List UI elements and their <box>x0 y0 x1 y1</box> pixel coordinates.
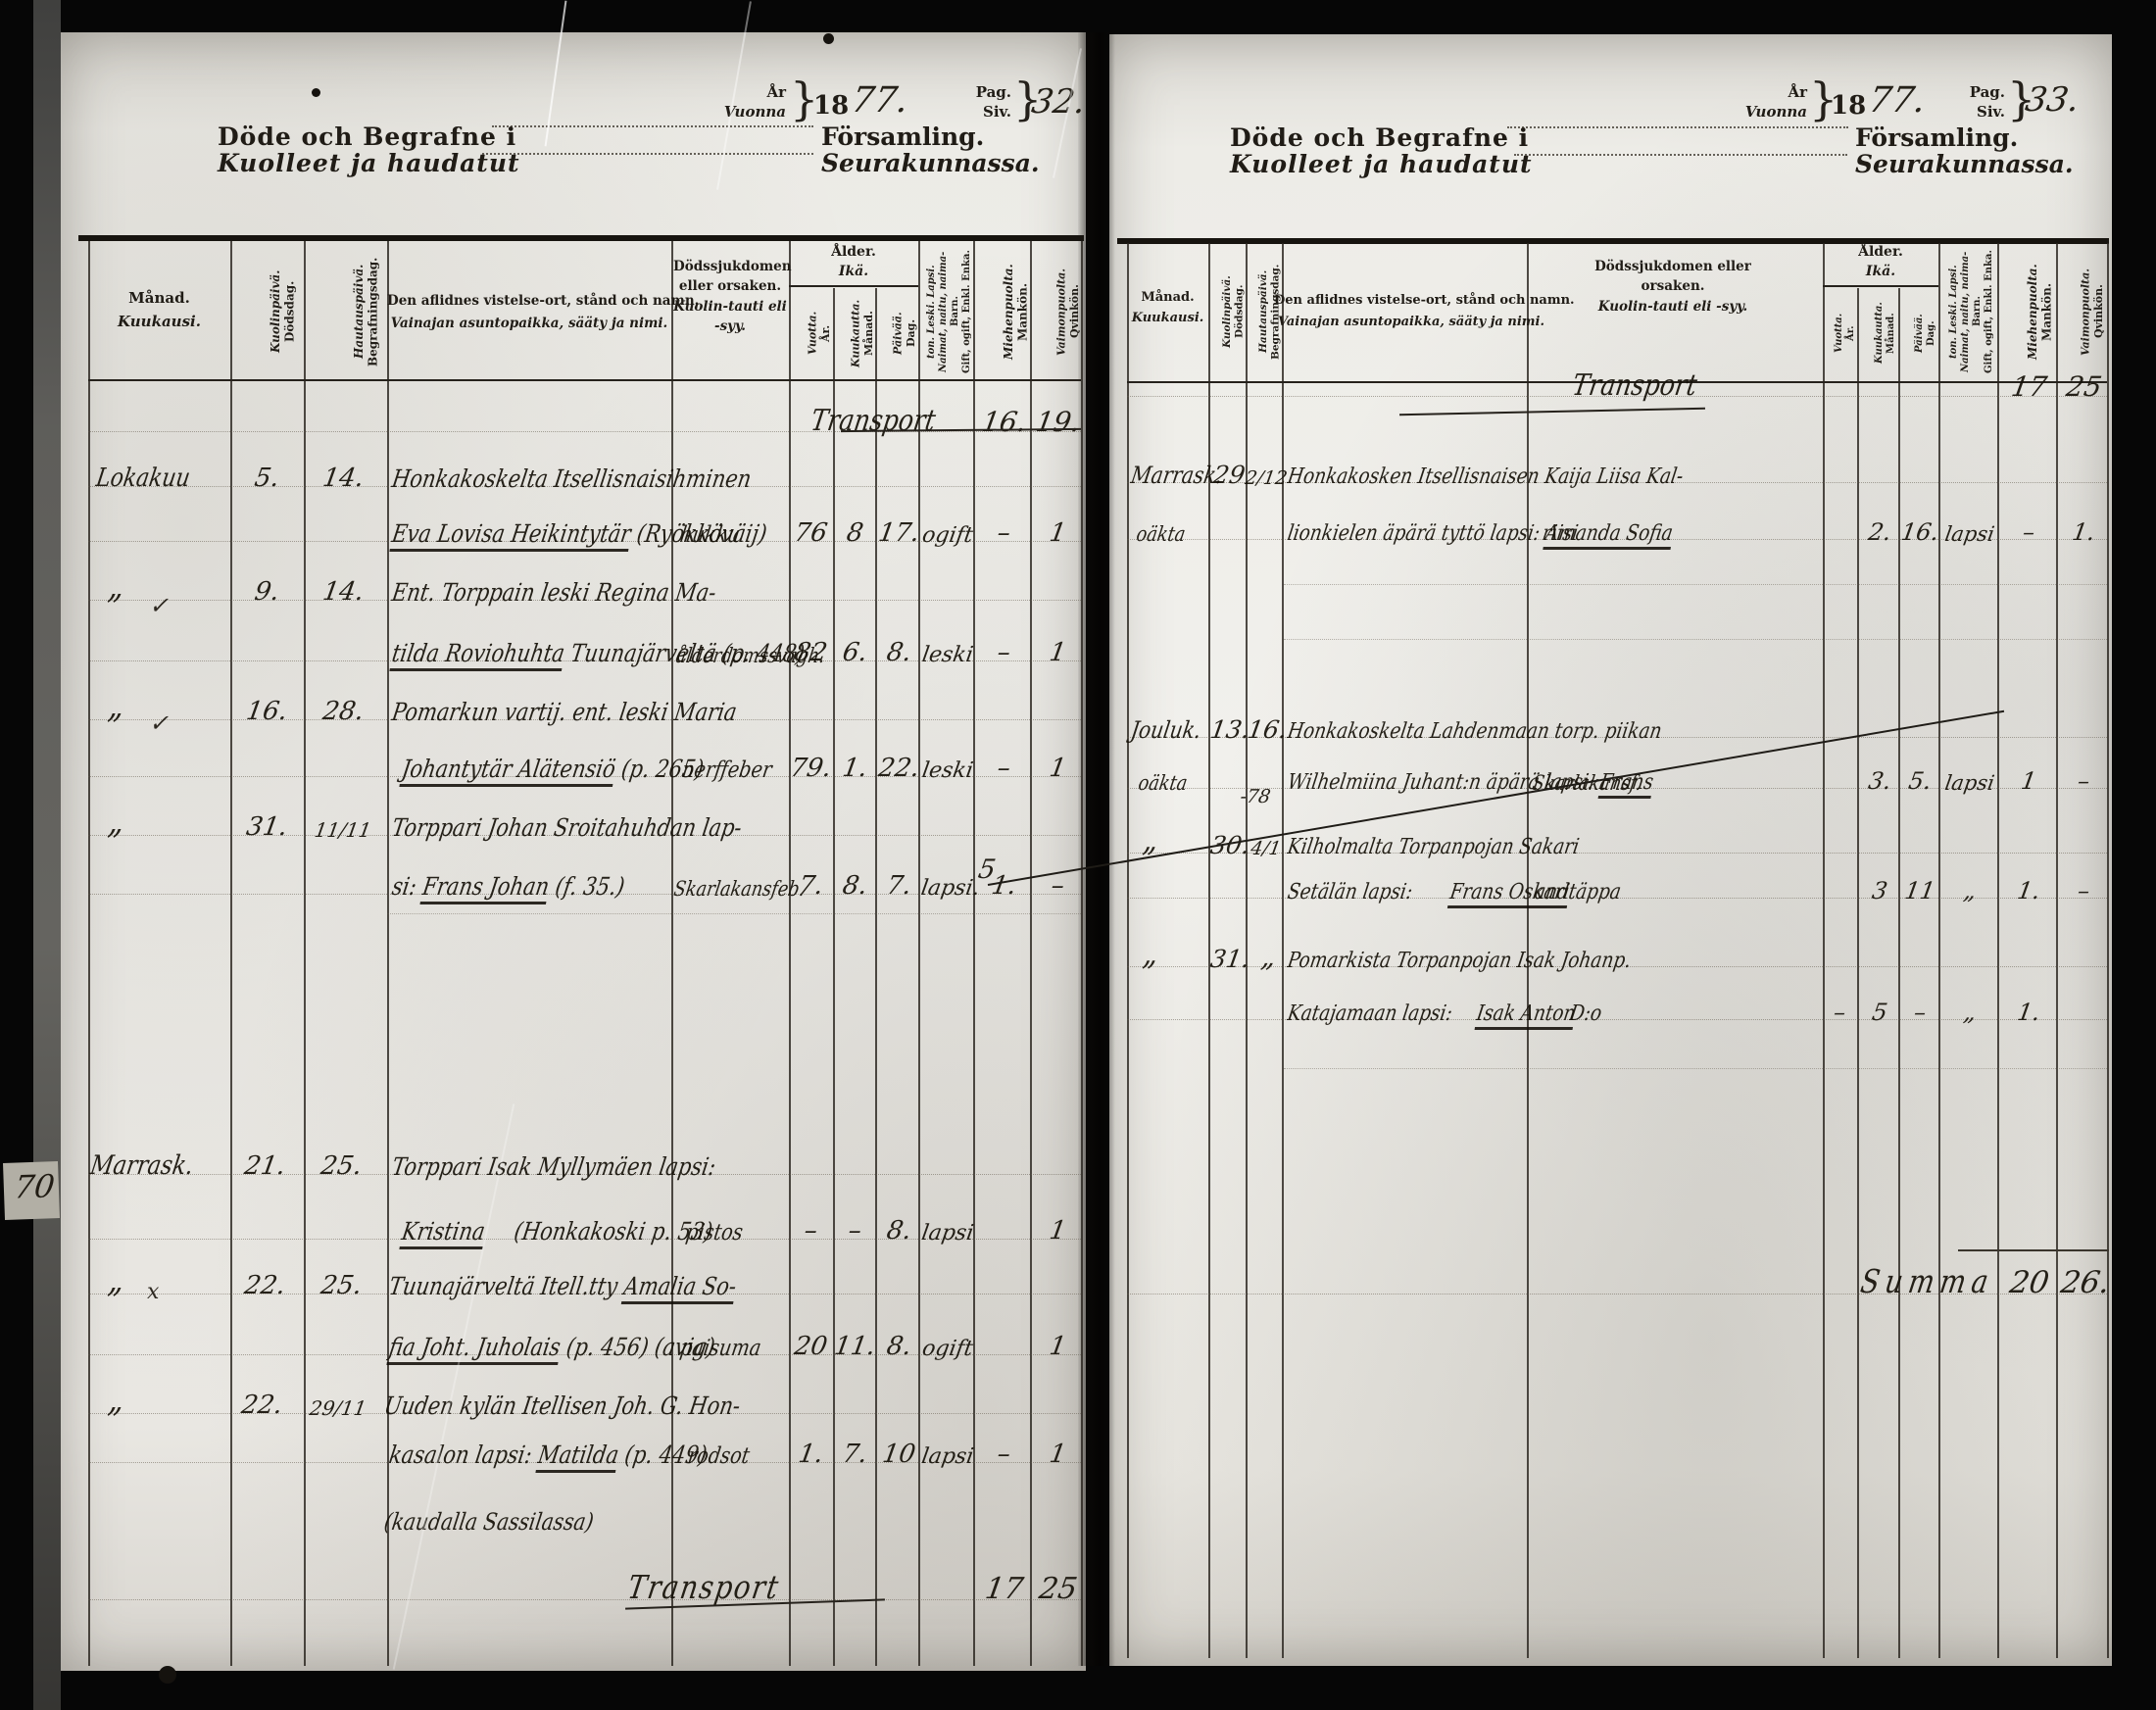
entry-burial-day: 4/1 <box>1244 838 1288 859</box>
entry-month-ditto: „ <box>106 566 127 607</box>
entry-row: tilda Roviohuhta Tuunajärveltä (p. 448) … <box>88 621 1081 661</box>
entry-month-ditto: „ <box>106 686 127 726</box>
label: Månad. <box>862 290 875 376</box>
title-fi: Kuolleet ja haudatut <box>218 148 520 178</box>
entry-age-years: – <box>1819 999 1860 1026</box>
entry-female: 1 <box>1031 518 1085 548</box>
entry-cause: riisi <box>1541 521 1580 546</box>
label: Mankön. <box>1016 247 1030 376</box>
col-header-months: Månad. Kuukautta. <box>834 290 875 376</box>
transport-female-count: 25 <box>1031 1572 1086 1606</box>
entry-name-line2: Setälän lapsi:Frans Oskari <box>1286 880 1571 904</box>
text: lionkielen äpärä tyttö lapsi: <box>1286 521 1542 546</box>
entry-male: – <box>1998 518 2059 546</box>
fill-line <box>482 153 813 155</box>
label: Kuukautta. <box>850 290 862 376</box>
entry-row: Lokakuu 5. 14. Honkakoskelta Itsellisnai… <box>88 447 1081 487</box>
text: (f. 35.) <box>554 872 627 901</box>
text: Tuunajärveltä Itell.tty <box>387 1272 626 1300</box>
entry-age-years: 82 <box>786 638 836 667</box>
entry-civil-status: ogift <box>919 1337 976 1361</box>
label: År. <box>819 290 832 376</box>
entry-civil-status: ogift <box>919 523 976 548</box>
parish-fi: Seurakunnassa. <box>1855 149 2074 179</box>
entry-row: Marrask. 21. 25. Torppari Isak Myllymäen… <box>88 1135 1081 1175</box>
entry-row: Johantytär Alätensiö (p. 265) nerffeber … <box>88 737 1081 777</box>
col-header-name: Den aflidnes vistelse-ort, stånd och nam… <box>387 290 671 335</box>
entry-burial-day: 25. <box>304 1151 379 1181</box>
label: Päivää. <box>892 290 905 376</box>
col-header-years: År. Vuotta. <box>791 290 832 376</box>
transport-row: Transport 17 25 <box>88 1560 1081 1600</box>
page-label: Pag. Siv. <box>953 82 1011 122</box>
check-mark: ✓ <box>149 592 169 619</box>
entry-month: Jouluk. <box>1129 716 1203 744</box>
entry-row: „ 31. „ Pomarkista Torpanpojan Isak Joha… <box>1127 927 2107 967</box>
entry-cause: nerffeber <box>680 757 773 783</box>
year-printed-prefix: 18 <box>1831 90 1866 122</box>
transport-label: Transport <box>808 404 938 438</box>
parish-fi: Seurakunnassa. <box>821 148 1040 178</box>
year-label-sv: År <box>766 83 786 101</box>
entry-cause: D:o <box>1568 1002 1603 1026</box>
summa-female-count: 26. <box>2057 1265 2114 1300</box>
label: Qvinkön. <box>1068 247 1081 376</box>
entry-row: „ 22. 29/11 Uuden kylän Itellisen Joh. G… <box>88 1374 1081 1414</box>
entry-row: „ 22. 25. Tuunajärveltä Itell.tty Amalia… <box>88 1254 1081 1295</box>
entry-row: (kaudalla Sassilassa) <box>88 1490 1081 1529</box>
entry-age-days: – <box>1898 999 1941 1026</box>
entry-row: fia Joht. Juholais (p. 456) (avig) paisu… <box>88 1315 1081 1355</box>
entry-female: – <box>2057 767 2110 795</box>
fill-line <box>492 125 813 127</box>
label: Dag. <box>905 290 917 376</box>
entry-name-line1: Honkakoskelta Lahdenmaan torp. piikan <box>1286 719 1663 744</box>
name-underlined: Frans Johan <box>420 872 552 904</box>
year-printed-prefix: 18 <box>813 90 849 122</box>
entry-civil-status: „ <box>1939 877 2000 904</box>
entry-cause: rodsot <box>686 1443 752 1469</box>
transport-row: Transport 16. 19. <box>88 392 1081 432</box>
entry-death-day: 5. <box>235 464 299 493</box>
entry-civil-status: leski <box>919 643 976 667</box>
entry-row: „ 31. 11/11 Torppari Johan Sroitahuhdan … <box>88 796 1081 836</box>
entry-row: Eva Lovisa Heikintytär (Ryökköväij) hukk… <box>88 502 1081 542</box>
entry-age-days: 16. <box>1898 518 1941 546</box>
entry-age-years: 76 <box>786 518 836 548</box>
transport-male-count: 17 <box>974 1572 1035 1606</box>
entry-row: Katajamaan lapsi:Isak Anton D:o – 5 – „ … <box>1127 980 2107 1020</box>
label: Vainajan asuntopaikka, sääty ja nimi. <box>1278 315 1544 329</box>
name-underlined: Kristina <box>399 1217 487 1249</box>
title-fi: Kuolleet ja haudatut <box>1230 149 1533 179</box>
entry-cause: andtäppa <box>1533 880 1623 904</box>
entry-name-line1: Uuden kylän Itellisen Joh. G. Hon- <box>382 1392 743 1420</box>
book-gutter-shadow <box>1078 32 1115 1666</box>
entry-name-line1: Kilholmalta Torpanpojan Sakari <box>1286 835 1581 859</box>
entry-name-line2: Kristina(Honkakoski p. 53) <box>400 1217 714 1246</box>
age-group-rule <box>1823 285 1938 287</box>
entry-age-years: – <box>786 1216 836 1246</box>
entry-name-line1: Torppari Isak Myllymäen lapsi: <box>390 1152 717 1181</box>
margin-note: 70 <box>13 1167 57 1206</box>
label: Den aflidnes vistelse-ort, stånd och nam… <box>1274 293 1575 308</box>
header-bottom-rule <box>88 379 1081 381</box>
col-header-female: Qvinkön. Vaimonpuolta. <box>1032 247 1081 376</box>
col-header-civil-status: Gift, ogift, Enkl. Enka. Barn. Naimat, n… <box>920 245 973 378</box>
entry-age-days: 11 <box>1898 877 1941 904</box>
entry-month-ditto: „ <box>106 1260 127 1300</box>
entry-age-months: 7. <box>831 1440 879 1469</box>
label: Begrafningsdag. <box>367 245 380 378</box>
entry-death-day: 22. <box>233 1271 297 1300</box>
year-handwritten: 77. <box>849 80 911 121</box>
label: Dödsdag. <box>283 247 297 376</box>
entry-cause: paisuma <box>678 1336 762 1361</box>
entry-row: Kristina(Honkakoski p. 53) pistos – – 8.… <box>88 1199 1081 1240</box>
transport-label: Transport <box>625 1568 782 1606</box>
page-label-fi: Siv. <box>983 103 1011 121</box>
ink-speck <box>823 33 834 44</box>
col-header-age: Ålder. Ikä. <box>1823 242 1938 282</box>
label: Dödssjukdomen eller orsaken. <box>673 259 792 294</box>
col-header-cause: Dödssjukdomen eller orsaken. Kuolin-taut… <box>673 257 787 336</box>
entry-burial-day: 11/11 <box>306 818 380 842</box>
col-header-death-day: Dödsdag. Kuolinpäivä. <box>238 247 297 376</box>
entry-age-months: 6. <box>831 638 879 667</box>
entry-name-line2: Katajamaan lapsi:Isak Anton <box>1286 1002 1577 1026</box>
label: Kuukausi. <box>1132 311 1204 325</box>
name-underlined: fia Joht. Juholais <box>386 1333 563 1365</box>
entry-death-day: 21. <box>233 1151 297 1181</box>
table-line <box>2107 243 2109 1658</box>
entry-age-days: 7. <box>874 871 924 901</box>
label: Kuolinpäivä. <box>269 247 282 376</box>
entry-female: – <box>2057 877 2110 904</box>
entry-name-line2: lionkielen äpärä tyttö lapsi: Amanda Sof… <box>1286 521 1675 546</box>
entry-age-days: 8. <box>874 1216 924 1246</box>
entry-age-months: 3. <box>1858 767 1901 795</box>
entry-cause: pistos <box>684 1220 745 1246</box>
entry-age-years: 1. <box>786 1440 836 1469</box>
text: si: <box>390 872 418 901</box>
ruling-line <box>387 913 1081 914</box>
label: Kuolin-tauti eli -syy. <box>673 299 787 334</box>
summa-label: Summa <box>1858 1262 1997 1300</box>
entry-female: 1 <box>1031 1216 1085 1246</box>
entry-burial-day: 25. <box>304 1271 379 1300</box>
entry-age-months: 5 <box>1858 999 1901 1026</box>
year-label: År Vuonna <box>708 82 786 122</box>
label: Miehenpuolta. <box>1002 247 1015 376</box>
label: Vaimonpuolta. <box>1055 247 1068 376</box>
entry-row: oäkta lionkielen äpärä tyttö lapsi: Aman… <box>1127 500 2107 540</box>
entry-female: 1. <box>2057 518 2110 546</box>
entry-month: Marrask. <box>88 1150 195 1181</box>
entry-age-days: 22. <box>874 754 924 783</box>
entry-name-line3: (kaudalla Sassilassa) <box>382 1508 596 1536</box>
entry-burial-day: 2/12 <box>1244 467 1288 489</box>
text: Katajamaan lapsi: <box>1286 1002 1454 1026</box>
ink-speck <box>159 1666 176 1684</box>
ruling-line <box>1284 1068 2107 1069</box>
entry-age-years: 20 <box>786 1332 836 1361</box>
page-number: 32. <box>1029 82 1088 122</box>
entry-burial-day: „ <box>1249 941 1289 973</box>
entry-age-months: 11. <box>831 1332 879 1361</box>
transport-label: Transport <box>1570 368 1699 403</box>
name-underlined: tilda Roviohuhta <box>389 639 566 671</box>
label: Kuukausi. <box>118 313 201 330</box>
entry-death-day: 31. <box>1208 945 1250 973</box>
entry-name-line1: Pomarkista Torpanpojan Isak Johanp. <box>1286 949 1633 973</box>
entry-row: „ 30. 4/1 Kilholmalta Torpanpojan Sakari <box>1127 813 2107 854</box>
entry-row: Marrask. 29 2/12 Honkakosken Itsellisnai… <box>1127 443 2107 483</box>
entry-month-ditto: „ <box>106 1380 127 1420</box>
entry-age-months: 1. <box>831 754 879 783</box>
text: Setälän lapsi: <box>1286 880 1414 904</box>
entry-age-years: 79. <box>786 754 836 783</box>
table-top-rule <box>78 235 1084 241</box>
page-label-sv: Pag. <box>1970 83 2005 101</box>
entry-month: Lokakuu <box>94 464 192 493</box>
entry-age-days: 10 <box>874 1440 924 1469</box>
name-underlined: Eva Lovisa Heikintytär <box>389 519 632 552</box>
page-number: 33. <box>2023 80 2082 120</box>
table-top-rule <box>1117 238 2109 244</box>
entry-male: – <box>974 518 1034 548</box>
entry-civil-status: lapsi <box>919 1444 976 1469</box>
entry-death-day: 31. <box>235 812 299 842</box>
transport-row: Transport 17 25 <box>1127 357 2107 397</box>
text-underlined: Amalia So- <box>621 1272 739 1304</box>
entry-age-days: 5. <box>1898 767 1941 795</box>
entry-row: „ 16. 28. Pomarkun vartij. ent. leski Ma… <box>88 680 1081 720</box>
label: Ikä. <box>1866 264 1895 279</box>
summa-top-rule <box>1958 1249 2109 1251</box>
entry-name-line2: si: Frans Johan (f. 35.) <box>390 872 626 901</box>
entry-age-days: 8. <box>874 638 924 667</box>
margin-note-patch: 70 <box>3 1161 60 1220</box>
entry-death-day: 9. <box>235 577 299 607</box>
year-label: År Vuonna <box>1729 82 1807 122</box>
year-label-fi: Vuonna <box>1745 103 1807 121</box>
entry-age-months: – <box>831 1216 879 1246</box>
entry-month-note: oäkta <box>1135 522 1187 546</box>
page-label-sv: Pag. <box>976 83 1011 101</box>
entry-row: si: Frans Johan (f. 35.) Skarlakansfeb. … <box>88 855 1081 895</box>
col-header-month: Månad. Kuukausi. <box>1127 288 1208 329</box>
entry-civil-status: „ <box>1939 999 2000 1026</box>
label: Naimat, naitu, naima- ton. Leski. Lapsi. <box>926 245 950 378</box>
entry-month-note: oäkta <box>1137 771 1189 795</box>
entry-burial-day: 16. <box>1246 715 1288 744</box>
cross-mark: x <box>147 1280 159 1304</box>
ink-speck <box>312 88 320 97</box>
table-line <box>1857 288 1859 1658</box>
col-header-burial-day: Begrafningsdag. Hautauspäivä. <box>310 245 380 378</box>
text: Honkakoskelta Itsellisnaisihminen <box>390 464 754 493</box>
entry-age-months: 8 <box>831 518 879 548</box>
entry-civil-status: lapsi <box>1939 771 2000 795</box>
label: Vuotta. <box>807 290 819 376</box>
entry-death-day: 16. <box>235 697 299 726</box>
entry-female: 1 <box>1031 754 1085 783</box>
entry-male: – <box>974 1440 1034 1469</box>
entry-age-months: 3 <box>1858 877 1901 904</box>
transport-male-count: 16. <box>974 406 1034 438</box>
page-label-fi: Siv. <box>1977 103 2005 121</box>
entry-name-line1: Honkakosken Itsellisnaisen Kaija Liisa K… <box>1286 464 1685 489</box>
entry-civil-status: leski <box>919 758 976 783</box>
year-label-fi: Vuonna <box>724 103 786 121</box>
entry-name-line1: Ent. Torppain leski Regina Ma- <box>390 578 718 607</box>
label: Månad. <box>128 289 190 307</box>
check-mark: ✓ <box>149 709 169 737</box>
label: Ikä. <box>839 264 868 279</box>
entry-male: – <box>974 754 1034 783</box>
entry-death-day: 22. <box>230 1391 294 1420</box>
label: Vainajan asuntopaikka, sääty ja nimi. <box>391 316 667 331</box>
entry-month-ditto: „ <box>106 802 127 842</box>
entry-death-day: 13. <box>1208 715 1250 744</box>
entry-female: 1 <box>1031 1440 1085 1469</box>
entry-name-line1: Torppari Johan Sroitahuhdan lap- <box>390 813 744 842</box>
year-label-sv: År <box>1788 83 1807 101</box>
entry-burial-day: 28. <box>306 697 381 726</box>
ruling-line <box>1284 639 2107 640</box>
entry-row: kasalon lapsi: Matilda (p. 449) rodsot 1… <box>88 1423 1081 1463</box>
entry-male: 1. <box>1998 999 2059 1026</box>
entry-female: 1 <box>1031 1332 1085 1361</box>
age-group-rule <box>789 285 918 287</box>
entry-age-days: 8. <box>874 1332 924 1361</box>
entry-burial-day: 14. <box>306 464 381 493</box>
col-header-month: Månad. Kuukausi. <box>88 286 230 333</box>
entry-row: „ 9. 14. Ent. Torppain leski Regina Ma- <box>88 561 1081 601</box>
entry-male: 1 <box>1998 767 2059 795</box>
text: kasalon lapsi: <box>387 1441 534 1469</box>
entry-male: 1. <box>1998 877 2059 904</box>
entry-civil-status: lapsi. <box>919 876 976 901</box>
scanned-register-spread: År Vuonna } 18 77. Pag. Siv. } 32. Döde … <box>0 0 2156 1710</box>
entry-civil-status: lapsi <box>1939 522 2000 546</box>
year-handwritten: 77. <box>1866 80 1929 121</box>
col-header-male: Mankön. Miehenpuolta. <box>975 247 1030 376</box>
label: Månad. <box>1141 290 1194 305</box>
entry-age-months: 8. <box>831 871 879 901</box>
entry-row: oäkta Wilhelmiina Juhant:n äpärä lapsi: … <box>1127 749 2107 789</box>
entry-name-line1: Pomarkun vartij. ent. leski Maria <box>390 698 739 726</box>
entry-age-months: 2. <box>1858 518 1901 546</box>
summa-row: Summa 20 26. <box>1127 1254 2107 1295</box>
name-underlined: Matilda <box>535 1441 620 1473</box>
entry-burial-year-note: -78 <box>1239 786 1272 807</box>
label: Gift, ogift, Enkl. Enka. Barn. <box>950 245 973 378</box>
col-header-name: Den aflidnes vistelse-ort, stånd och nam… <box>1274 290 1548 333</box>
col-header-age: Ålder. Ikä. <box>789 242 918 282</box>
film-edge-strip <box>33 0 61 1710</box>
page-label: Pag. Siv. <box>1946 82 2005 122</box>
entry-name-line2: fia Joht. Juholais (p. 456) (avig) <box>387 1333 717 1361</box>
fill-line <box>1507 126 1848 128</box>
entry-name-line2: Johantytär Alätensiö (p. 265) <box>400 755 706 783</box>
entry-civil-status: lapsi <box>919 1221 976 1246</box>
summa-male-count: 20 <box>1998 1265 2061 1300</box>
transport-male-count: 17 <box>1998 370 2060 403</box>
entry-burial-day: 14. <box>306 577 381 607</box>
entry-female: 1 <box>1031 638 1085 667</box>
label: Ålder. <box>1858 244 1903 260</box>
label: Den aflidnes vistelse-ort, stånd och nam… <box>387 293 699 309</box>
label: Hautauspäivä. <box>352 245 366 378</box>
name-underlined: Johantytär Alätensiö <box>399 755 617 787</box>
entry-name-line1: Tuunajärveltä Itell.tty Amalia So- <box>387 1272 738 1300</box>
entry-age-days: 17. <box>874 518 924 548</box>
entry-age-years: 7. <box>786 871 836 901</box>
entry-row: Setälän lapsi:Frans Oskari andtäppa 3 11… <box>1127 858 2107 899</box>
label: Dödssjukdomen eller orsaken. <box>1594 259 1751 294</box>
entry-name-line1: Honkakoskelta Itsellisnaisihminen <box>390 464 754 493</box>
transport-female-count: 25 <box>2057 370 2111 403</box>
label: Ålder. <box>831 244 876 260</box>
label: Kuolin-tauti eli -syy. <box>1598 299 1747 315</box>
fill-line <box>1514 154 1847 156</box>
name-underlined: Isak Anton <box>1474 1002 1577 1030</box>
col-header-cause: Dödssjukdomen eller orsaken. Kuolin-taut… <box>1580 257 1766 317</box>
col-header-days: Dag. Päivää. <box>876 290 917 376</box>
transport-female-count: 19. <box>1031 406 1085 438</box>
table-line <box>1898 288 1900 1658</box>
entry-cause: hukku <box>678 522 742 548</box>
ruling-line <box>1284 584 2107 585</box>
entry-male: – <box>974 638 1034 667</box>
entry-burial-day: 29/11 <box>298 1396 378 1420</box>
